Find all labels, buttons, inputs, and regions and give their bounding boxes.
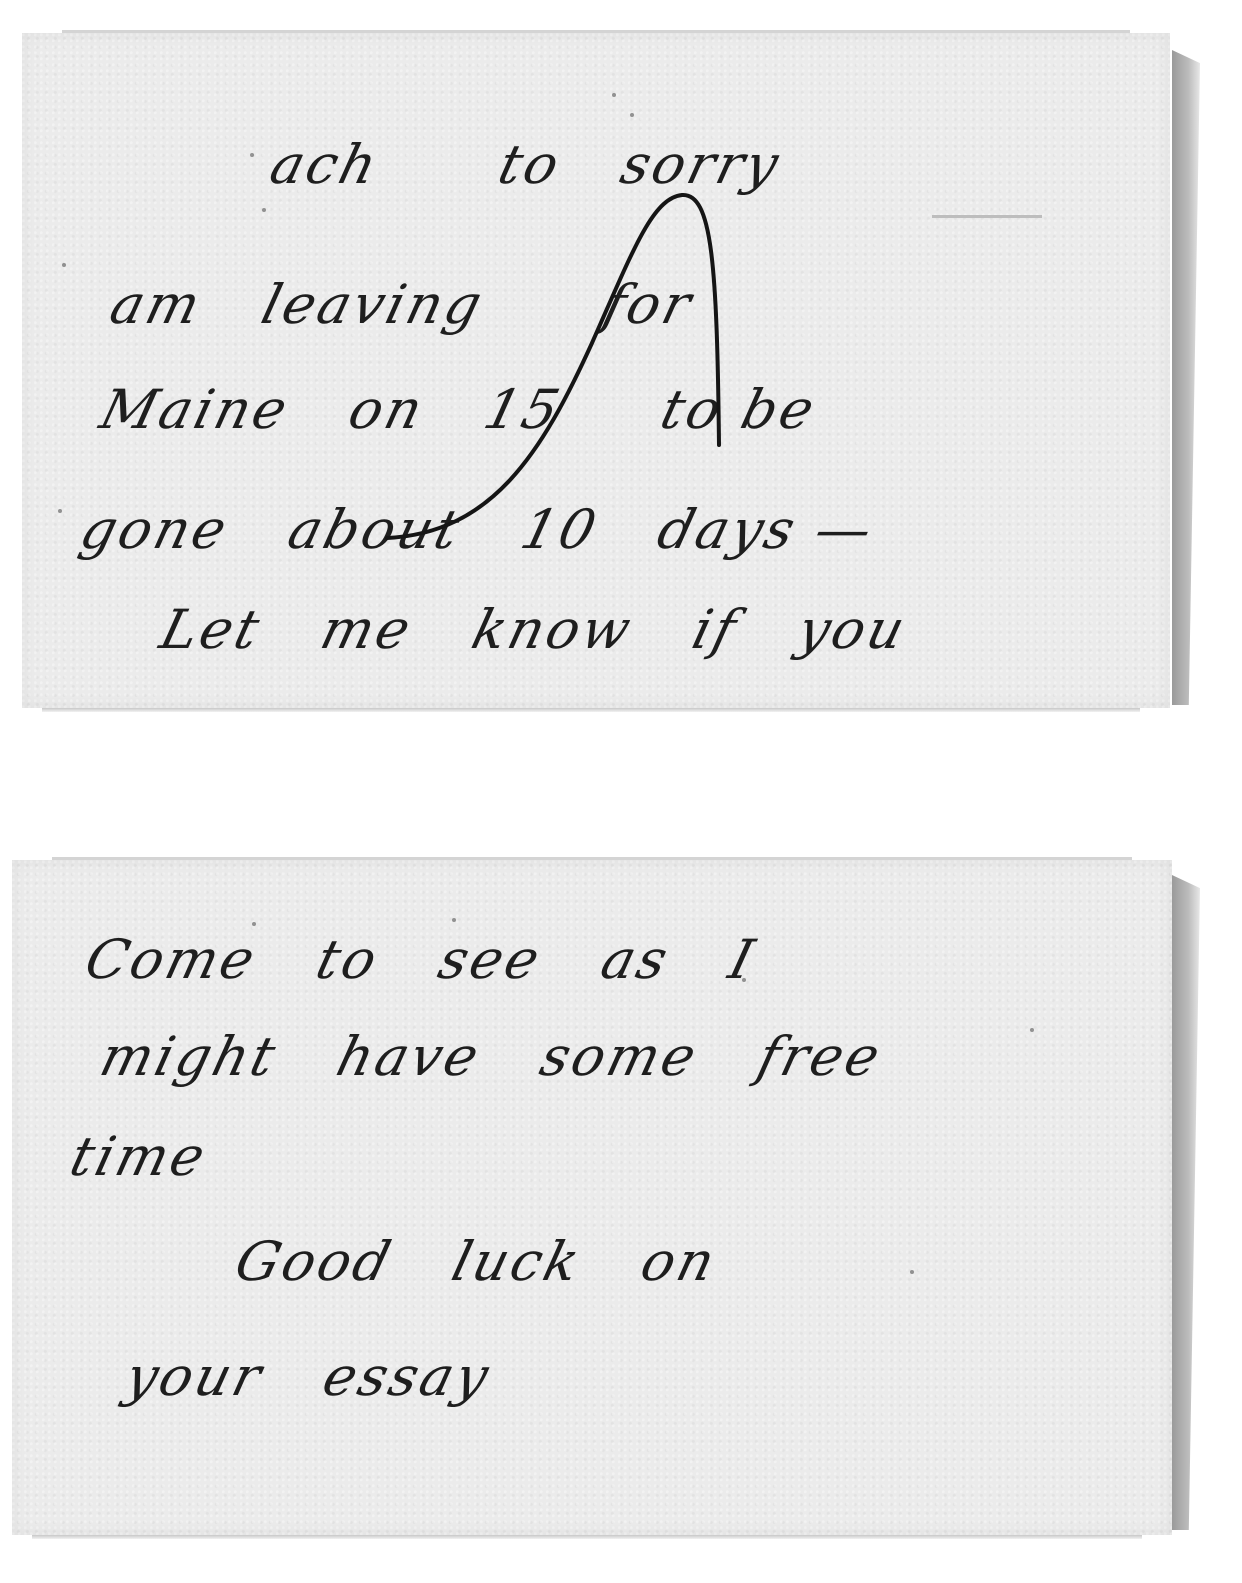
word: to <box>492 133 568 196</box>
word: am <box>104 273 209 336</box>
faint-dash-mark <box>932 215 1042 218</box>
ink-speck <box>452 918 456 922</box>
ink-speck <box>612 93 616 97</box>
word: days — <box>651 498 881 561</box>
word: gone <box>74 498 236 561</box>
word: leaving <box>256 273 491 336</box>
word: on <box>635 1230 724 1293</box>
word: as <box>595 928 677 991</box>
word: if <box>686 598 745 661</box>
handwritten-line-3: time <box>64 1125 276 1188</box>
word: know <box>466 598 640 661</box>
word: I <box>723 928 763 991</box>
ink-speck <box>262 208 266 212</box>
handwritten-line-2: mighthavesomefree <box>94 1025 951 1088</box>
word: might <box>94 1025 284 1088</box>
word: about <box>282 498 468 561</box>
handwritten-line-1: CometoseeasI <box>79 928 825 991</box>
word: you <box>791 598 914 661</box>
word: essay <box>317 1345 498 1408</box>
ink-speck <box>910 1270 914 1274</box>
word: Good <box>229 1230 399 1293</box>
ink-speck <box>58 509 62 513</box>
card-side-shadow <box>1172 50 1200 705</box>
word: sorry <box>615 133 788 196</box>
word: luck <box>446 1230 589 1293</box>
card-bottom-edge <box>42 708 1140 712</box>
word: 10 <box>515 498 605 561</box>
word: Maine <box>94 378 296 441</box>
card-top-edge <box>52 857 1132 860</box>
word: Let <box>154 598 268 661</box>
ink-speck <box>252 922 256 926</box>
handwritten-line-5: Letmeknowifyou <box>154 598 976 661</box>
note-card-back: CometoseeasI mighthavesomefree time Good… <box>12 860 1172 1535</box>
word: see <box>432 928 548 991</box>
card-bottom-edge <box>32 1535 1142 1539</box>
word: free <box>752 1025 889 1088</box>
word: your <box>119 1345 270 1408</box>
word: time <box>64 1125 214 1188</box>
handwritten-line-4: Goodluckon <box>229 1230 786 1293</box>
word: to <box>310 928 386 991</box>
ink-speck <box>1030 1028 1034 1032</box>
word: me <box>315 598 420 661</box>
ink-speck <box>250 153 254 157</box>
card-top-edge <box>62 30 1130 33</box>
handwritten-line-2: amleavingfor <box>104 273 762 336</box>
word: have <box>331 1025 488 1088</box>
word: on <box>343 378 432 441</box>
handwritten-line-1: achtosorry <box>264 133 850 196</box>
handwritten-line-4: goneabout10days — <box>74 498 943 561</box>
note-cards-scan: { "document": { "type": "handwritten not… <box>0 0 1242 1583</box>
word: 15 <box>478 378 568 441</box>
ink-speck <box>630 113 634 117</box>
word: to be <box>655 378 824 441</box>
word: some <box>534 1025 705 1088</box>
word: for <box>597 273 700 336</box>
card-side-shadow <box>1172 875 1200 1530</box>
ink-speck <box>62 263 66 267</box>
word: Come <box>79 928 264 991</box>
word: ach <box>264 133 386 196</box>
handwritten-line-3: Maineon15to be <box>94 378 885 441</box>
handwritten-line-5: youressay <box>119 1345 559 1408</box>
note-card-front: achtosorry amleavingfor Maineon15to be g… <box>22 33 1170 708</box>
